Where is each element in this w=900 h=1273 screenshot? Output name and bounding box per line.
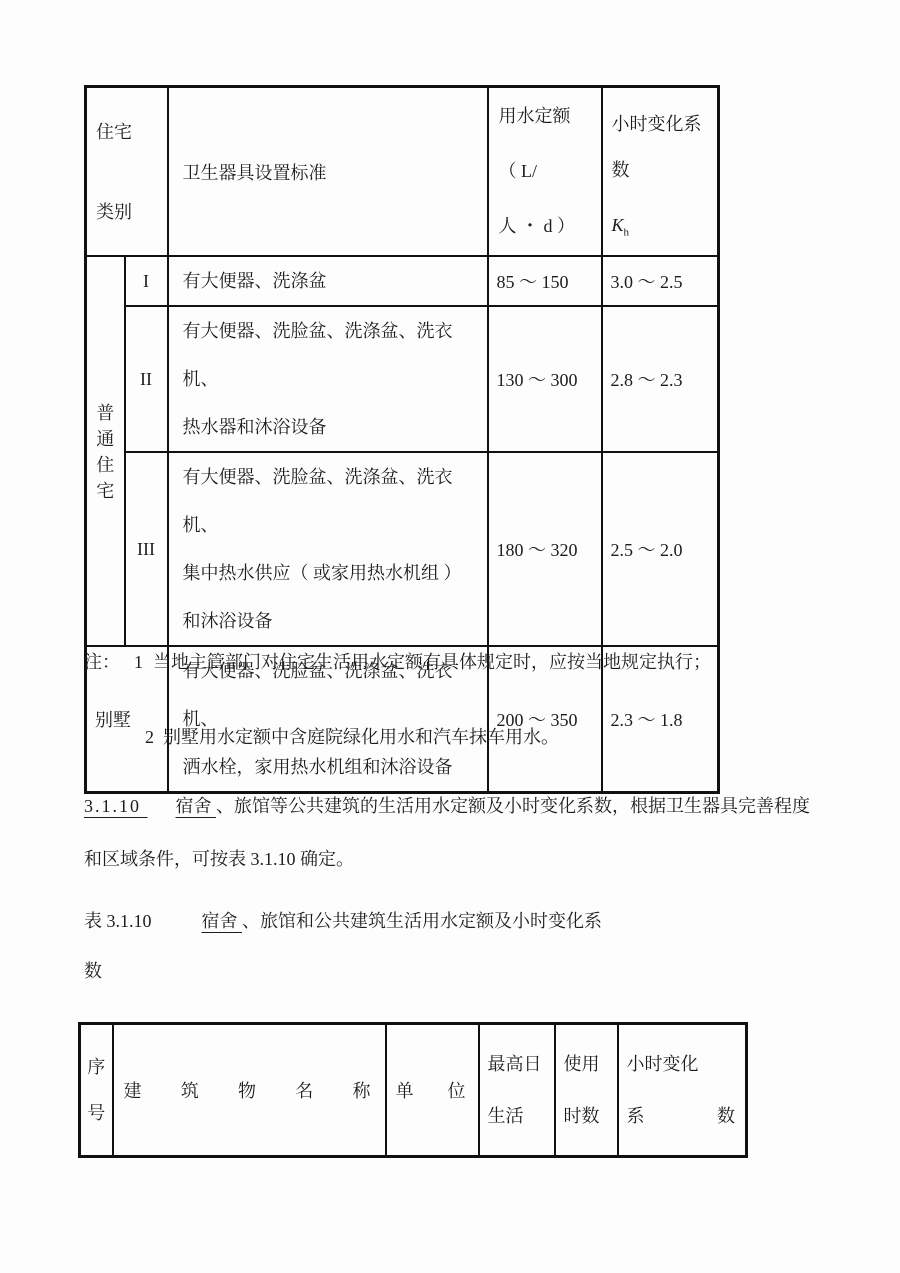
caption-label: 表 3.1.10 <box>84 911 152 931</box>
header-sequence-number: 序 号 <box>80 1024 113 1157</box>
k-symbol: K <box>612 215 624 235</box>
caption-text: 、旅馆和公共建筑生活用水定额及小时变化系 <box>242 911 602 931</box>
table-row: II 有大便器、洗脸盆、洗涤盆、洗衣机、 热水器和沐浴设备 130 ～ 300 … <box>86 306 719 452</box>
grade-label: I <box>125 256 168 306</box>
coefficient-value: 2.8 ～ 2.3 <box>602 306 719 452</box>
caption-line-2: 数 <box>84 946 602 996</box>
fixture-standard: 有大便器、洗脸盆、洗涤盆、洗衣机、 集中热水供应（ 或家用热水机组 ） 和沐浴设… <box>168 452 488 646</box>
fixture-standard: 有大便器、洗脸盆、洗涤盆、洗衣机、 热水器和沐浴设备 <box>168 306 488 452</box>
category-ordinary-residence: 普 通 住 宅 <box>87 310 124 593</box>
grade-label: II <box>125 306 168 452</box>
category-ordinary-residence-cell: 普 通 住 宅 <box>86 256 125 646</box>
clause-line-1: 3.1.10宿舍、旅馆等公共建筑的生活用水定额及小时变化系数，根据卫生器具完善程… <box>84 780 810 833</box>
coefficient-symbol: Kh <box>612 215 717 243</box>
note-2-number: 2 <box>145 727 154 747</box>
table-header-row: 序 号 建筑物名称 单位 最高日 生活 使用 时数 小时变化 系数 <box>80 1024 747 1157</box>
table-row: III 有大便器、洗脸盆、洗涤盆、洗衣机、 集中热水供应（ 或家用热水机组 ） … <box>86 452 719 646</box>
coefficient-value: 3.0 ～ 2.5 <box>602 256 719 306</box>
caption-line-1: 表 3.1.10宿舍、旅馆和公共建筑生活用水定额及小时变化系 <box>84 896 602 946</box>
header-fixture-standard: 卫生器具设置标准 <box>168 87 488 257</box>
header-hourly-variation: 小时变化 系数 <box>618 1024 747 1157</box>
k-subscript: h <box>624 226 630 238</box>
header-water-quota: 用水定额 （ L/ 人 ・ d ） <box>488 87 602 257</box>
quota-value: 130 ～ 300 <box>488 306 602 452</box>
document-page: 住宅 类别 卫生器具设置标准 用水定额 （ L/ 人 ・ d ） 小时变化系 数… <box>0 0 900 1273</box>
header-coefficient-label: 小时变化系 数 <box>612 101 717 193</box>
coefficient-value: 2.5 ～ 2.0 <box>602 452 719 646</box>
grade-label: III <box>125 452 168 646</box>
header-hourly-coefficient: 小时变化系 数 Kh <box>602 87 719 257</box>
clause-line-2: 和区域条件，可按表 3.1.10 确定。 <box>84 833 810 886</box>
table-row: 普 通 住 宅 I 有大便器、洗涤盆 85 ～ 150 3.0 ～ 2.5 <box>86 256 719 306</box>
quota-value: 180 ～ 320 <box>488 452 602 646</box>
clause-term-dormitory: 宿舍 <box>176 796 217 816</box>
header-residence-category: 住宅 类别 <box>86 87 168 257</box>
note-1-text: 当地主管部门对住宅生活用水定额有具体规定时，应按当地规定执行； <box>153 652 711 672</box>
note-2: 2别墅用水定额中含庭院绿化用水和汽车抹车用水。 <box>145 721 559 753</box>
quota-value: 85 ～ 150 <box>488 256 602 306</box>
fixture-standard: 有大便器、洗涤盆 <box>168 256 488 306</box>
coefficient-header-line-2: 系数 <box>627 1090 736 1142</box>
header-building-name: 建筑物名称 <box>113 1024 386 1157</box>
clause-text: 、旅馆等公共建筑的生活用水定额及小时变化系数，根据卫生器具完善程度 <box>216 796 810 816</box>
clause-number: 3.1.10 <box>84 796 148 816</box>
note-1-number: 1 <box>134 652 143 672</box>
clause-3-1-10: 3.1.10宿舍、旅馆等公共建筑的生活用水定额及小时变化系数，根据卫生器具完善程… <box>84 780 810 886</box>
notes-label: 注： <box>84 652 120 672</box>
note-1: 注：1当地主管部门对住宅生活用水定额有具体规定时，应按当地规定执行； <box>84 646 711 678</box>
caption-term-dormitory: 宿舍 <box>202 911 243 931</box>
public-buildings-table: 序 号 建筑物名称 单位 最高日 生活 使用 时数 小时变化 系数 <box>78 1022 748 1158</box>
residential-quota-table: 住宅 类别 卫生器具设置标准 用水定额 （ L/ 人 ・ d ） 小时变化系 数… <box>84 85 720 794</box>
coefficient-header-line-1: 小时变化 <box>627 1038 736 1090</box>
note-2-text: 别墅用水定额中含庭院绿化用水和汽车抹车用水。 <box>163 727 559 747</box>
header-usage-hours: 使用 时数 <box>555 1024 618 1157</box>
table-caption: 表 3.1.10宿舍、旅馆和公共建筑生活用水定额及小时变化系 数 <box>84 896 602 996</box>
header-max-daily-living: 最高日 生活 <box>479 1024 555 1157</box>
header-unit: 单位 <box>386 1024 479 1157</box>
table-header-row: 住宅 类别 卫生器具设置标准 用水定额 （ L/ 人 ・ d ） 小时变化系 数… <box>86 87 719 257</box>
